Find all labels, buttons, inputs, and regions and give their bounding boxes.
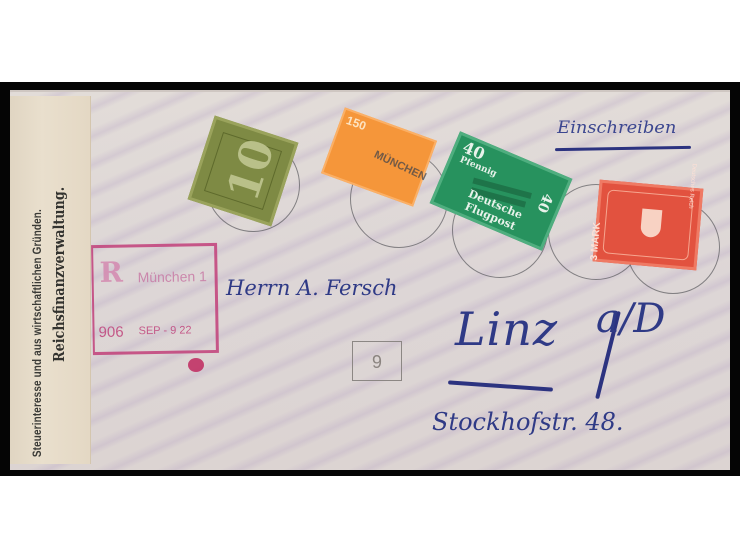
ink-blot: [188, 358, 204, 372]
handwritten-service: Einschreiben: [557, 118, 676, 138]
handwritten-city: Linz: [455, 302, 558, 356]
stamp-value: 150: [344, 113, 368, 133]
censor-number: 6: [353, 350, 401, 371]
handwritten-city-suffix: a/D: [596, 296, 665, 342]
registration-city: München 1: [137, 268, 207, 285]
handwritten-street: Stockhofstr. 48.: [432, 408, 624, 436]
stamp-value: 40: [533, 191, 555, 215]
registration-label: R München 1 906 SEP - 9 22: [91, 243, 219, 355]
stamp-arms: Deutsches Reich 3 MARK: [593, 180, 704, 271]
censor-tape: Steuerinteresse und aus wirtschaftlichen…: [10, 96, 91, 464]
censor-tape-authority: Reichsfinanzverwaltung.: [50, 151, 68, 464]
registration-date: SEP - 9 22: [138, 324, 191, 337]
registration-number: 906: [98, 324, 123, 341]
registration-mark: R: [99, 256, 123, 289]
censor-box: 6: [352, 341, 402, 381]
handwritten-recipient: Herrn A. Fersch: [226, 276, 398, 300]
stamp-value: 3 MARK: [589, 222, 603, 261]
censor-tape-text: Steuerinteresse und aus wirtschaftlichen…: [32, 148, 44, 464]
